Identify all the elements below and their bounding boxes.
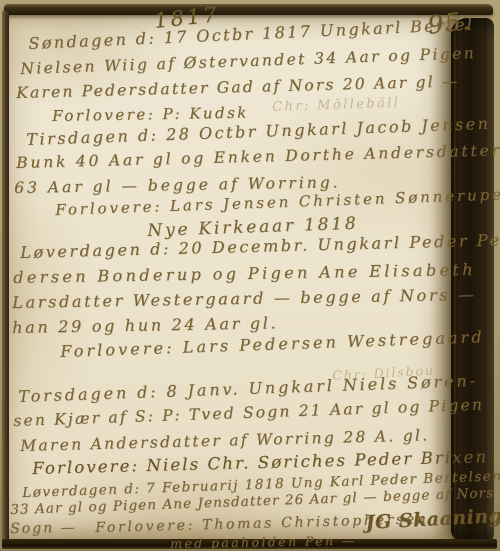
register-scan: 1817 95. Søndagen d: 17 Octbr 1817 Ungka…	[0, 0, 500, 551]
entry5-line3-sogn: Sogn —	[10, 520, 77, 537]
scan-frame-left	[2, 11, 9, 543]
entry1-forlovere: Forlovere: P: Kudsk	[52, 104, 249, 125]
scan-frame-top	[4, 4, 493, 15]
